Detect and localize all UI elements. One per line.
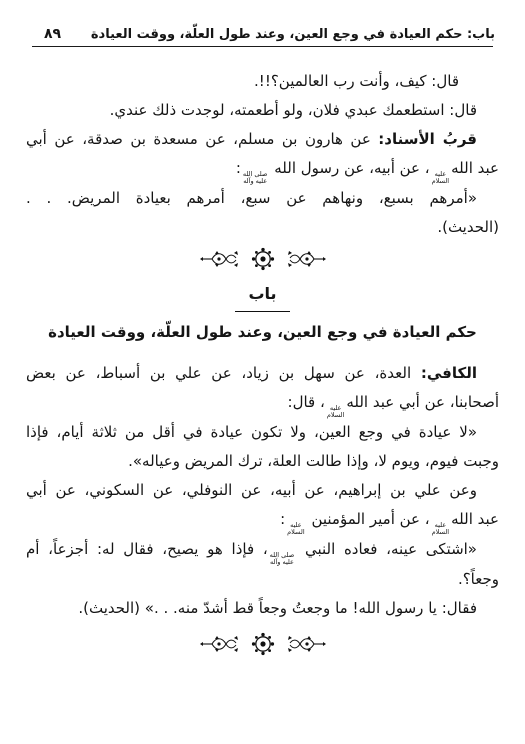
text-line-content: (الحديث). <box>437 218 499 236</box>
floral-ornament-icon <box>198 632 328 656</box>
text-line-content: عن هارون بن مسلم، عن مسعدة بن صدقة، عن أ… <box>26 130 371 148</box>
text-line-content: «اشتكى عينه، فعاده النبي <box>305 540 477 558</box>
ornament-divider <box>26 632 499 656</box>
text-line-content: «أمرهم بسبع، ونهاهم عن سبع، أمرهم بعيادة… <box>26 189 477 207</box>
ornament-divider <box>26 247 499 271</box>
text-line-content: ، عن أمير المؤمنين <box>311 510 429 528</box>
text-line: عبد اللهعليهالسلام، عن أبيه، عن رسول الل… <box>26 154 499 184</box>
hadith-quote-line: «أمرهم بسبع، ونهاهم عن سبع، أمرهم بعيادة… <box>26 184 499 213</box>
text-line-content: عبد الله <box>451 510 499 528</box>
running-header-title: باب: حكم العيادة في وجع العين، وعند طول … <box>91 27 495 42</box>
text-line: أصحابنا، عن أبي عبد اللهعليهالسلام، قال: <box>26 388 499 418</box>
text-line-content: قال: استطعمك عبدي فلان، ولو أطعمته، لوجد… <box>110 101 477 119</box>
text-line-content: أصحابنا، عن أبي عبد الله <box>346 393 499 411</box>
floral-ornament-icon <box>198 247 328 271</box>
text-line-content: وجبت فيوم، ويوم لا، وإذا طالت العلة، ترك… <box>128 452 499 470</box>
honorific-bottom: عليه وآله <box>270 559 294 566</box>
book-page: باب: حكم العيادة في وجع العين، وعند طول … <box>0 0 525 744</box>
text-line-content: «لا عيادة في وجع العين، ولا تكون عيادة ف… <box>26 423 477 441</box>
hadith-quote-line: «اشتكى عينه، فعاده النبي صلى اللهعليه وآ… <box>26 535 499 565</box>
text-line: الكافي: العدة، عن سهل بن زياد، عن علي بن… <box>26 359 499 388</box>
honorific-alayhissalam-icon: عليهالسلام <box>432 171 450 184</box>
text-line-content: : <box>236 159 241 177</box>
bab-label: باب <box>235 281 289 312</box>
page-number: ٨٩ <box>44 26 61 42</box>
text-line-content: قال: كيف، وأنت رب العالمين؟!!. <box>254 72 459 90</box>
text-line: (الحديث). <box>26 213 499 242</box>
source-name-qurb-alisnad: قربُ الأسناد: <box>378 130 477 148</box>
text-line-content: العدة، عن سهل بن زياد، عن علي بن أسباط، … <box>26 364 411 382</box>
hadith-quote-line: وجعاً؟. <box>26 565 499 594</box>
text-line: عبد اللهعليهالسلام، عن أمير المؤمنين علي… <box>26 505 499 535</box>
text-line-content: وعن علي بن إبراهيم، عن أبيه، عن النوفلي،… <box>26 481 477 499</box>
text-line-content: وجعاً؟. <box>458 570 499 588</box>
text-line: قربُ الأسناد: عن هارون بن مسلم، عن مسعدة… <box>26 125 499 154</box>
page-body: قال: كيف، وأنت رب العالمين؟!!. قال: استط… <box>0 47 525 656</box>
text-line-content: ، عن أبيه، عن رسول الله <box>274 159 429 177</box>
text-line-content: عبد الله <box>451 159 499 177</box>
text-line: فقال: يا رسول الله! ما وجعتُ وجعاً قط أش… <box>26 594 499 623</box>
text-line-content: ، فإذا هو يصيح، فقال له: أجزعاً، أم <box>26 540 268 558</box>
hadith-quote-line: وجبت فيوم، ويوم لا، وإذا طالت العلة، ترك… <box>26 447 499 476</box>
chapter-title: حكم العيادة في وجع العين، وعند طول العلّ… <box>26 319 499 345</box>
chapter-bab-heading: باب <box>26 281 499 312</box>
text-line-content: فقال: يا رسول الله! ما وجعتُ وجعاً قط أش… <box>78 599 477 617</box>
text-line-content: : <box>280 510 285 528</box>
source-name-alkafi: الكافي: <box>421 364 477 382</box>
text-line: وعن علي بن إبراهيم، عن أبيه، عن النوفلي،… <box>26 476 499 505</box>
text-line: قال: كيف، وأنت رب العالمين؟!!. <box>26 67 499 96</box>
honorific-sallallahu-icon: صلى اللهعليه وآله <box>243 171 268 184</box>
honorific-alayhissalam-icon: عليهالسلام <box>432 522 450 535</box>
page-header: باب: حكم العيادة في وجع العين، وعند طول … <box>0 0 525 46</box>
hadith-quote-line: «لا عيادة في وجع العين، ولا تكون عيادة ف… <box>26 418 499 447</box>
text-line: قال: استطعمك عبدي فلان، ولو أطعمته، لوجد… <box>26 96 499 125</box>
honorific-sallallahu-icon: صلى اللهعليه وآله <box>270 552 295 565</box>
honorific-alayhissalam-icon: عليهالسلام <box>287 522 305 535</box>
text-line-content: ، قال: <box>288 393 325 411</box>
honorific-alayhissalam-icon: عليهالسلام <box>327 405 345 418</box>
